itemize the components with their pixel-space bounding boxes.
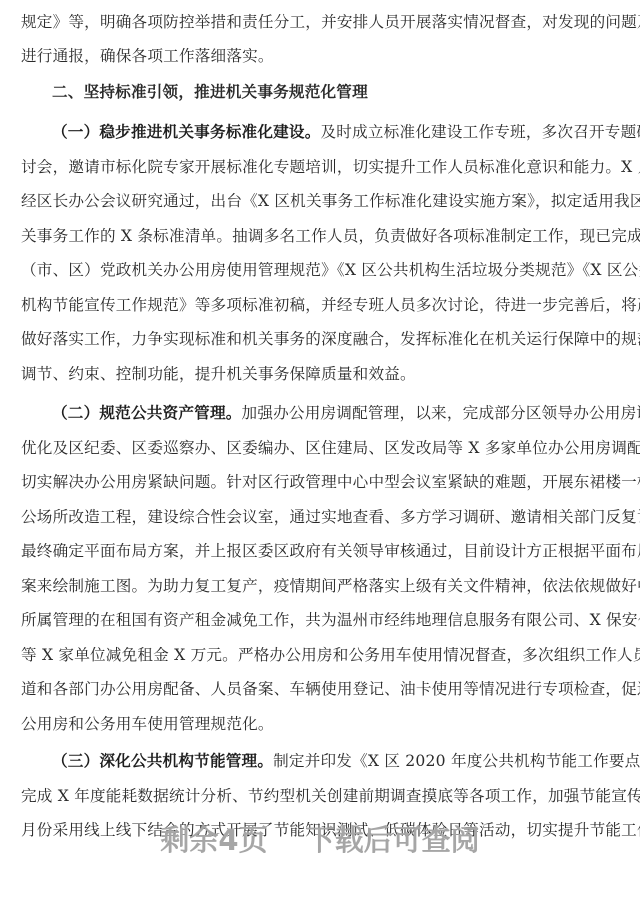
intro-line: 进行通报，确保各项工作落细落实。 (21, 39, 619, 73)
section-heading: 二、坚持标准引领，推进机关事务规范化管理 (21, 75, 619, 109)
paragraph-3-first-line: （三）深化公共机构节能管理。制定并印发《X 区 2020 年度公共机构节能工作要… (21, 744, 619, 778)
paragraph-line: 道和各部门办公用房配备、人员备案、车辆使用登记、油卡使用等情况进行专项检查，促进… (21, 672, 619, 706)
paragraph-line: 公用房和公务用车使用管理规范化。 (21, 707, 619, 741)
remaining-pages-banner[interactable]: 剩余4页下载后可查阅 (0, 818, 640, 862)
paragraph-1-first-line: （一）稳步推进机关事务标准化建设。及时成立标准化建设工作专班，多次召开专题研 (21, 115, 619, 149)
paragraph-line: 调节、约束、控制功能，提升机关事务保障质量和效益。 (21, 357, 619, 391)
paragraph-line: 完成 X 年度能耗数据统计分析、节约型机关创建前期调查摸底等各项工作，加强节能宣… (21, 779, 619, 813)
paragraph-line: （市、区）党政机关办公用房使用管理规范》《X 区公共机构生活垃圾分类规范》《X … (21, 253, 619, 287)
paragraph-1-text: 及时成立标准化建设工作专班，多次召开专题研 (321, 123, 640, 141)
paragraph-line: 所属管理的在租国有资产租金减免工作，共为温州市经纬地理信息服务有限公司、X 保安… (21, 603, 619, 637)
paragraph-line: 最终确定平面布局方案，并上报区委区政府有关领导审核通过，目前设计方正根据平面布局… (21, 534, 619, 568)
paragraph-3-text: 制定并印发《X 区 2020 年度公共机构节能工作要点》， (273, 752, 640, 770)
paragraph-line: 讨会，邀请市标化院专家开展标准化专题培训，切实提升工作人员标准化意识和能力。X … (21, 150, 619, 184)
paragraph-line: 案来绘制施工图。为助力复工复产，疫情期间严格落实上级有关文件精神，依法依规做好中… (21, 569, 619, 603)
paragraph-2-lead: （二）规范公共资产管理。 (52, 404, 242, 422)
paragraph-line: 关事务工作的 X 条标准清单。抽调多名工作人员，负责做好各项标准制定工作，现已完… (21, 219, 619, 253)
remaining-pages-label: 剩余4页 (160, 818, 267, 859)
paragraph-2-first-line: （二）规范公共资产管理。加强办公用房调配管理，以来，完成部分区领导办公用房调整 (21, 396, 619, 430)
paragraph-3-lead: （三）深化公共机构节能管理。 (52, 752, 273, 770)
download-hint-label[interactable]: 下载后可查阅 (306, 818, 480, 859)
paragraph-line: 优化及区纪委、区委巡察办、区委编办、区住建局、区发改局等 X 多家单位办公用房调… (21, 431, 619, 465)
paragraph-line: 等 X 家单位减免租金 X 万元。严格办公用房和公务用车使用情况督查，多次组织工… (21, 638, 619, 672)
paragraph-line: 经区长办公会议研究通过，出台《X 区机关事务工作标准化建设实施方案》，拟定适用我… (21, 184, 619, 218)
paragraph-2-text: 加强办公用房调配管理，以来，完成部分区领导办公用房调整 (242, 404, 640, 422)
paragraph-line: 公场所改造工程，建设综合性会议室，通过实地查看、多方学习调研、邀请相关部门反复讨… (21, 500, 619, 534)
paragraph-line: 机构节能宣传工作规范》等多项标准初稿，并经专班人员多次讨论，待进一步完善后，将严… (21, 288, 619, 322)
intro-line: 规定》等，明确各项防控举措和责任分工，并安排人员开展落实情况督查，对发现的问题及… (21, 5, 619, 39)
paragraph-1-lead: （一）稳步推进机关事务标准化建设。 (52, 123, 321, 141)
paragraph-line: 切实解决办公用房紧缺问题。针对区行政管理中心中型会议室紧缺的难题，开展东裙楼一楼… (21, 465, 619, 499)
paragraph-line: 做好落实工作，力争实现标准和机关事务的深度融合，发挥标准化在机关运行保障中的规范… (21, 322, 619, 356)
